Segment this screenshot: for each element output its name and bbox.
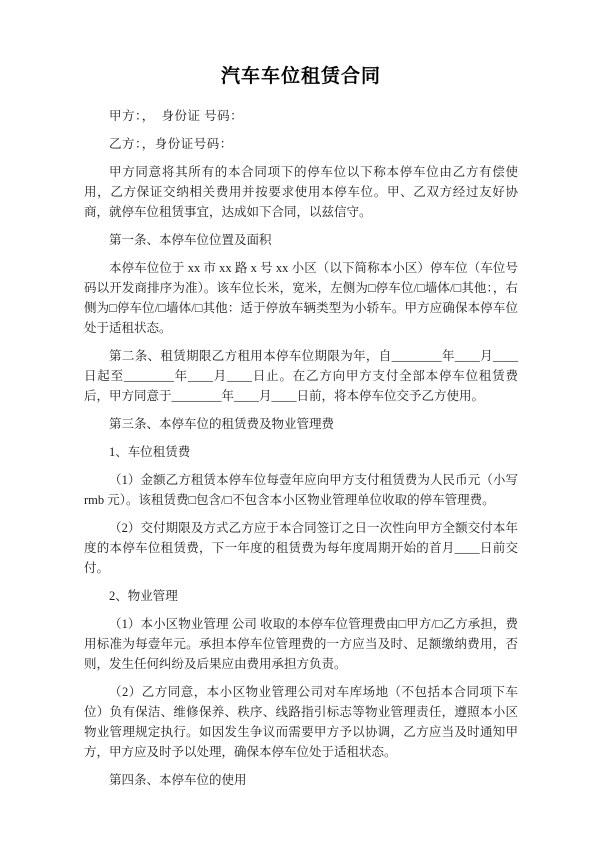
subsection-1-item-1-paragraph: （1）金额乙方租赁本停车位每壹年应向甲方支付租赁费为人民币元（小写 rmb 元）…: [84, 470, 518, 510]
section-1-heading: 第一条、本停车位位置及面积: [84, 230, 518, 250]
section-1-paragraph: 本停车位位于 xx 市 xx 路 x 号 xx 小区（以下简称本小区）停车位（车…: [84, 258, 518, 338]
section-3-heading: 第三条、本停车位的租赁费及物业管理费: [84, 414, 518, 434]
subsection-2-item-1-paragraph: （1）本小区物业管理 公司 收取的本停车位管理费由□甲方/□乙方承担，费用标准为…: [84, 614, 518, 674]
contract-document-page: 汽车车位租赁合同 甲方：， 身份证 号码： 乙方：，身份证号码： 甲方同意将其所…: [0, 0, 600, 849]
section-4-heading: 第四条、本停车位的使用: [84, 770, 518, 790]
subsection-2-heading: 2、物业管理: [84, 586, 518, 606]
party-a-line: 甲方：， 身份证 号码：: [84, 106, 518, 126]
subsection-2-item-2-paragraph: （2）乙方同意，本小区物业管理公司对车库场地（不包括本合同项下车位）负有保洁、维…: [84, 682, 518, 762]
subsection-1-item-2-paragraph: （2）交付期限及方式乙方应于本合同签订之日一次性向甲方全额交付本年度的本停车位租…: [84, 518, 518, 578]
subsection-1-heading: 1、车位租赁费: [84, 442, 518, 462]
document-title: 汽车车位租赁合同: [84, 64, 518, 90]
intro-paragraph: 甲方同意将其所有的本合同项下的停车位以下称本停车位由乙方有偿使用，乙方保证交纳相…: [84, 162, 518, 222]
section-2-paragraph: 第二条、租赁期限乙方租用本停车位期限为年，自________年____月____…: [84, 346, 518, 406]
party-b-line: 乙方：，身份证号码：: [84, 134, 518, 154]
